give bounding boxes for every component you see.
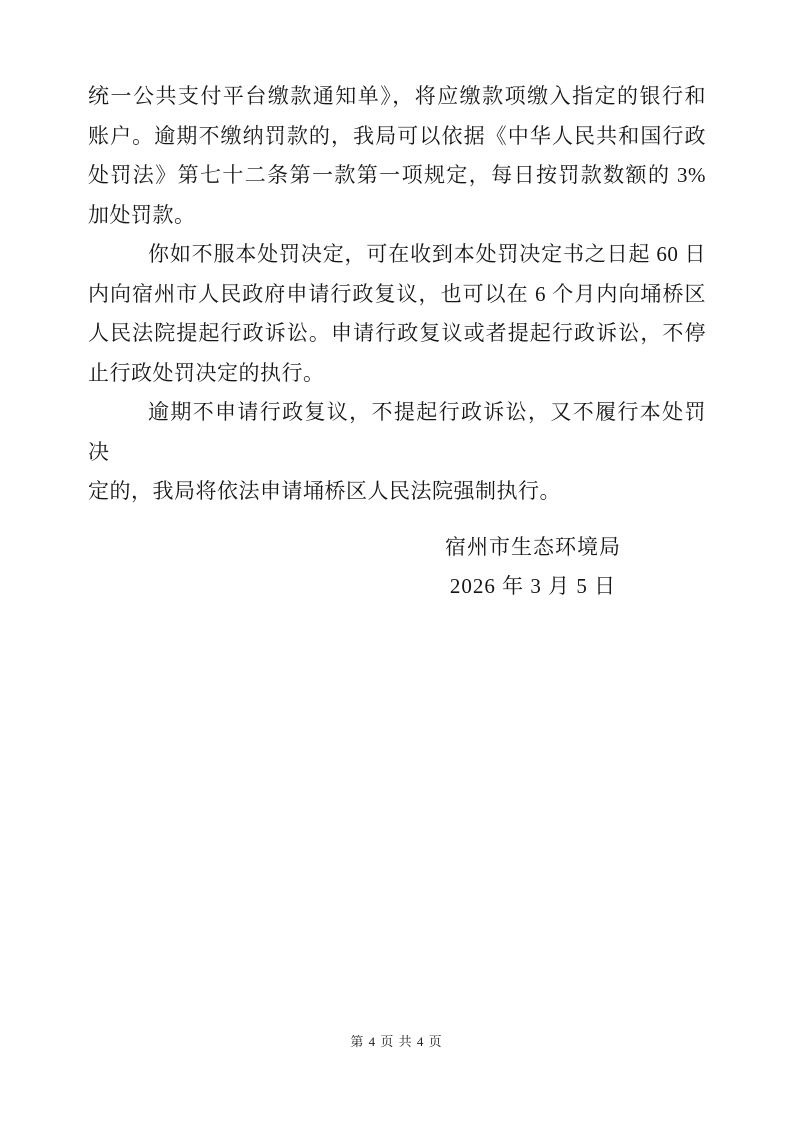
body-line: 统一公共支付平台缴款通知单》，将应缴款项缴入指定的银行和 — [88, 77, 706, 117]
body-line: 你如不服本处罚决定，可在收到本处罚决定书之日起 60 日 — [88, 235, 706, 275]
signature-agency: 宿州市生态环境局 — [400, 528, 666, 567]
body-line: 止行政处罚决定的执行。 — [88, 354, 706, 394]
body-line: 处罚法》第七十二条第一款第一项规定，每日按罚款数额的 3% — [88, 156, 706, 196]
body-line: 人民法院提起行政诉讼。申请行政复议或者提起行政诉讼，不停 — [88, 314, 706, 354]
body-line: 加处罚款。 — [88, 196, 706, 236]
signature-block: 宿州市生态环境局 2026 年 3 月 5 日 — [400, 528, 666, 606]
document-body: 统一公共支付平台缴款通知单》，将应缴款项缴入指定的银行和 账户。逾期不缴纳罚款的… — [88, 77, 706, 512]
signature-date: 2026 年 3 月 5 日 — [400, 567, 666, 606]
body-line: 内向宿州市人民政府申请行政复议，也可以在 6 个月内向埇桥区 — [88, 275, 706, 315]
body-line: 逾期不申请行政复议，不提起行政诉讼，又不履行本处罚决 — [88, 393, 706, 472]
body-line: 定的，我局将依法申请埇桥区人民法院强制执行。 — [88, 472, 706, 512]
page-number-footer: 第 4 页 共 4 页 — [0, 1031, 793, 1050]
body-line: 账户。逾期不缴纳罚款的，我局可以依据《中华人民共和国行政 — [88, 117, 706, 157]
document-page: 统一公共支付平台缴款通知单》，将应缴款项缴入指定的银行和 账户。逾期不缴纳罚款的… — [0, 0, 793, 1122]
